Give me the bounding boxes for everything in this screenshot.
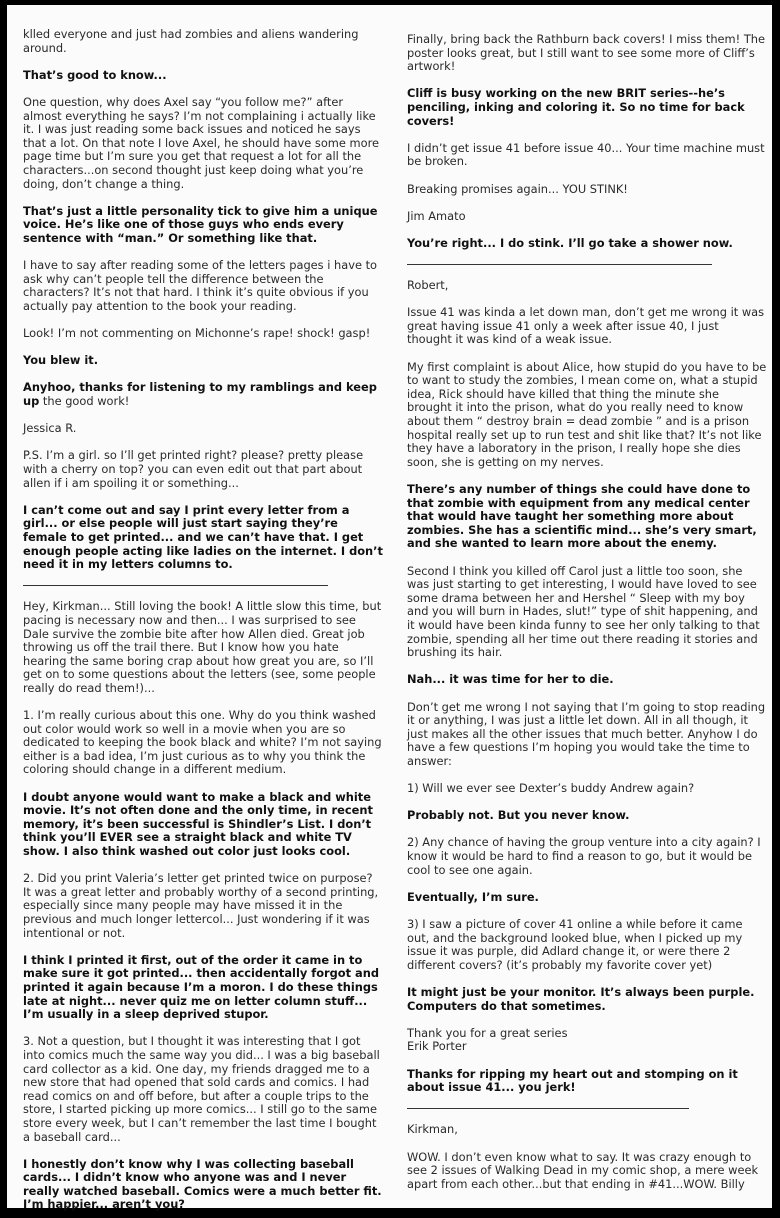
letter-paragraph: I didn’t get issue 41 before issue 40...… xyxy=(407,142,767,169)
letter-salutation: Kirkman, xyxy=(407,1123,767,1137)
letter-paragraph: Look! I’m not commenting on Michonne’s r… xyxy=(23,327,383,341)
section-divider xyxy=(407,264,712,265)
normal-segment: the good work! xyxy=(39,394,129,408)
letter-paragraph: 2. Did you print Valeria’s letter get pr… xyxy=(23,872,383,940)
signoff-line: Thank you for a great series xyxy=(407,1027,767,1041)
letter-signature: Erik Porter xyxy=(407,1040,767,1054)
editor-reply: Thanks for ripping my heart out and stom… xyxy=(407,1068,767,1095)
right-column: Finally, bring back the Rathburn back co… xyxy=(407,33,767,1205)
letter-paragraph: I have to say after reading some of the … xyxy=(23,259,383,313)
letter-paragraph: 1. I’m really curious about this one. Wh… xyxy=(23,709,383,777)
letter-paragraph: Breaking promises again... YOU STINK! xyxy=(407,183,767,197)
letters-page: klled everyone and just had zombies and … xyxy=(7,5,772,1208)
letter-paragraph: 1) Will we ever see Dexter’s buddy Andre… xyxy=(407,782,767,796)
editor-reply: You’re right... I do stink. I’ll go take… xyxy=(407,237,767,251)
section-divider xyxy=(23,585,328,586)
letter-signature: Jessica R. xyxy=(23,422,383,436)
letter-paragraph: Second I think you killed off Carol just… xyxy=(407,565,767,660)
letter-paragraph: My first complaint is about Alice, how s… xyxy=(407,361,767,470)
letter-paragraph: Hey, Kirkman... Still loving the book! A… xyxy=(23,600,383,695)
letter-paragraph: Issue 41 was kinda a let down man, don’t… xyxy=(407,306,767,347)
editor-reply: Nah... it was time for her to die. xyxy=(407,673,767,687)
left-column: klled everyone and just had zombies and … xyxy=(23,28,383,1218)
editor-reply: I doubt anyone would want to make a blac… xyxy=(23,791,383,859)
editor-reply: Probably not. But you never know. xyxy=(407,809,767,823)
editor-reply: You blew it. xyxy=(23,354,383,368)
letter-paragraph: Finally, bring back the Rathburn back co… xyxy=(407,33,767,74)
letter-paragraph-mixed: Anyhoo, thanks for listening to my rambl… xyxy=(23,381,383,408)
letter-salutation: Robert, xyxy=(407,279,767,293)
editor-reply: That’s good to know... xyxy=(23,69,383,83)
letter-paragraph: klled everyone and just had zombies and … xyxy=(23,28,383,55)
letter-paragraph: Don’t get me wrong I not saying that I’m… xyxy=(407,701,767,769)
editor-reply: Eventually, I’m sure. xyxy=(407,891,767,905)
editor-reply: I think I printed it first, out of the o… xyxy=(23,954,383,1022)
letter-paragraph: 3. Not a question, but I thought it was … xyxy=(23,1035,383,1144)
editor-reply: I honestly don’t know why I was collecti… xyxy=(23,1158,383,1212)
editor-reply: There’s any number of things she could h… xyxy=(407,483,767,551)
editor-reply: It might just be your monitor. It’s alwa… xyxy=(407,986,767,1013)
letter-paragraph: 2) Any chance of having the group ventur… xyxy=(407,836,767,877)
letter-paragraph: One question, why does Axel say “you fol… xyxy=(23,96,383,191)
editor-reply: Cliff is busy working on the new BRIT se… xyxy=(407,87,767,128)
section-divider xyxy=(407,1108,689,1109)
editor-reply: That’s just a little personality tick to… xyxy=(23,205,383,246)
letter-signoff: Thank you for a great series Erik Porter xyxy=(407,1027,767,1054)
editor-reply: I can’t come out and say I print every l… xyxy=(23,504,383,572)
letter-signature: Jim Amato xyxy=(407,210,767,224)
letter-paragraph: P.S. I’m a girl. so I’ll get printed rig… xyxy=(23,449,383,490)
letter-paragraph: WOW. I don’t even know what to say. It w… xyxy=(407,1151,767,1192)
letter-paragraph: 3) I saw a picture of cover 41 online a … xyxy=(407,918,767,972)
